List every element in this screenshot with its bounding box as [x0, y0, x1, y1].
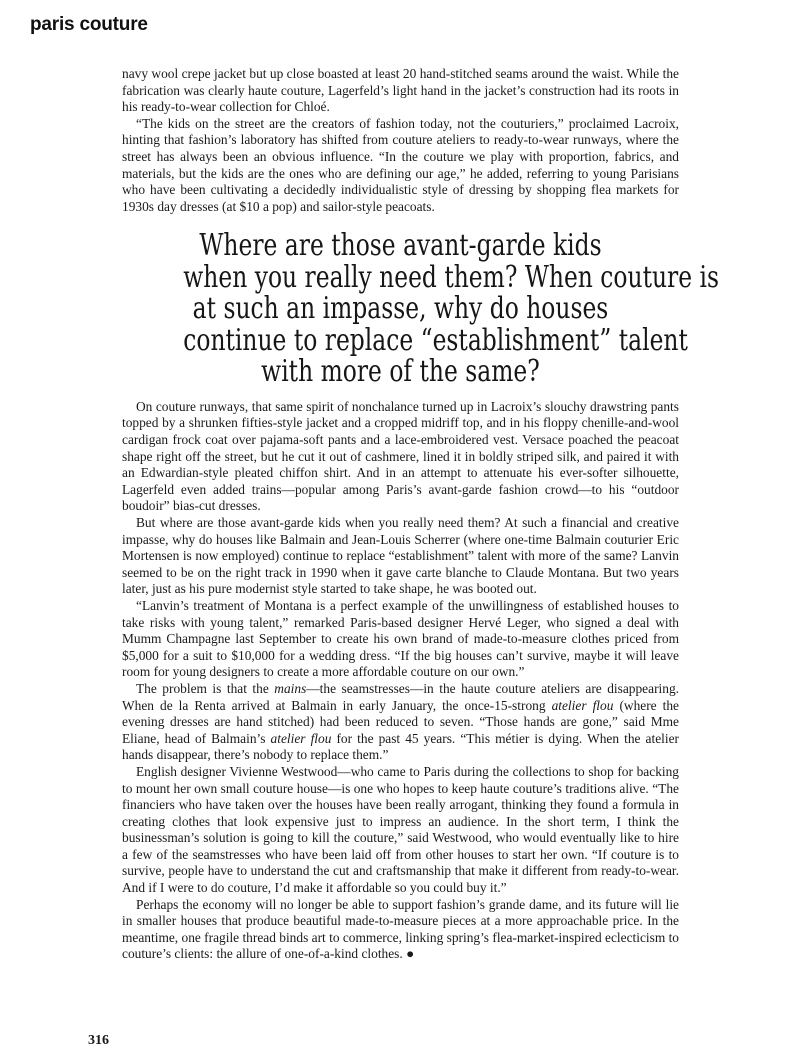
article-paragraph: “The kids on the street are the creators… [122, 116, 679, 216]
pull-quote-line: with more of the same? [183, 356, 617, 388]
article-paragraph: The problem is that the mains—the seamst… [122, 681, 679, 764]
paragraph-text-segment: navy wool crepe jacket but up close boas… [122, 66, 679, 114]
paragraph-text-segment: English designer Vivienne Westwood—who c… [122, 764, 679, 895]
paragraph-text-segment: “The kids on the street are the creators… [122, 116, 679, 214]
pull-quote-line: when you really need them? When couture … [183, 262, 617, 294]
article-paragraph: English designer Vivienne Westwood—who c… [122, 764, 679, 897]
article-body-column: navy wool crepe jacket but up close boas… [122, 66, 679, 963]
article-paragraph: “Lanvin’s treatment of Montana is a perf… [122, 598, 679, 681]
paragraph-text-segment: atelier flou [552, 698, 614, 713]
article-paragraph: But where are those avant-garde kids whe… [122, 515, 679, 598]
paragraph-text-segment: atelier flou [271, 731, 332, 746]
pull-quote-line: Where are those avant-garde kids [183, 230, 617, 262]
article-paragraph: On couture runways, that same spirit of … [122, 399, 679, 515]
paragraph-text-segment: “Lanvin’s treatment of Montana is a perf… [122, 598, 679, 679]
page-number: 316 [88, 1033, 109, 1049]
section-header: paris couture [30, 14, 148, 36]
pull-quote-line: at such an impasse, why do houses [183, 293, 617, 325]
magazine-page: paris couture navy wool crepe jacket but… [0, 0, 800, 1063]
paragraphs-before-quote: navy wool crepe jacket but up close boas… [122, 66, 679, 215]
paragraph-text-segment: But where are those avant-garde kids whe… [122, 515, 679, 596]
article-paragraph: navy wool crepe jacket but up close boas… [122, 66, 679, 116]
pull-quote: Where are those avant-garde kidswhen you… [122, 230, 679, 388]
paragraph-text-segment: Perhaps the economy will no longer be ab… [122, 897, 679, 962]
pull-quote-line: continue to replace “establishment” tale… [183, 325, 617, 357]
paragraphs-after-quote: On couture runways, that same spirit of … [122, 399, 679, 963]
article-paragraph: Perhaps the economy will no longer be ab… [122, 897, 679, 963]
paragraph-text-segment: The problem is that the [136, 681, 274, 696]
paragraph-text-segment: On couture runways, that same spirit of … [122, 399, 679, 514]
paragraph-text-segment: mains [274, 681, 306, 696]
